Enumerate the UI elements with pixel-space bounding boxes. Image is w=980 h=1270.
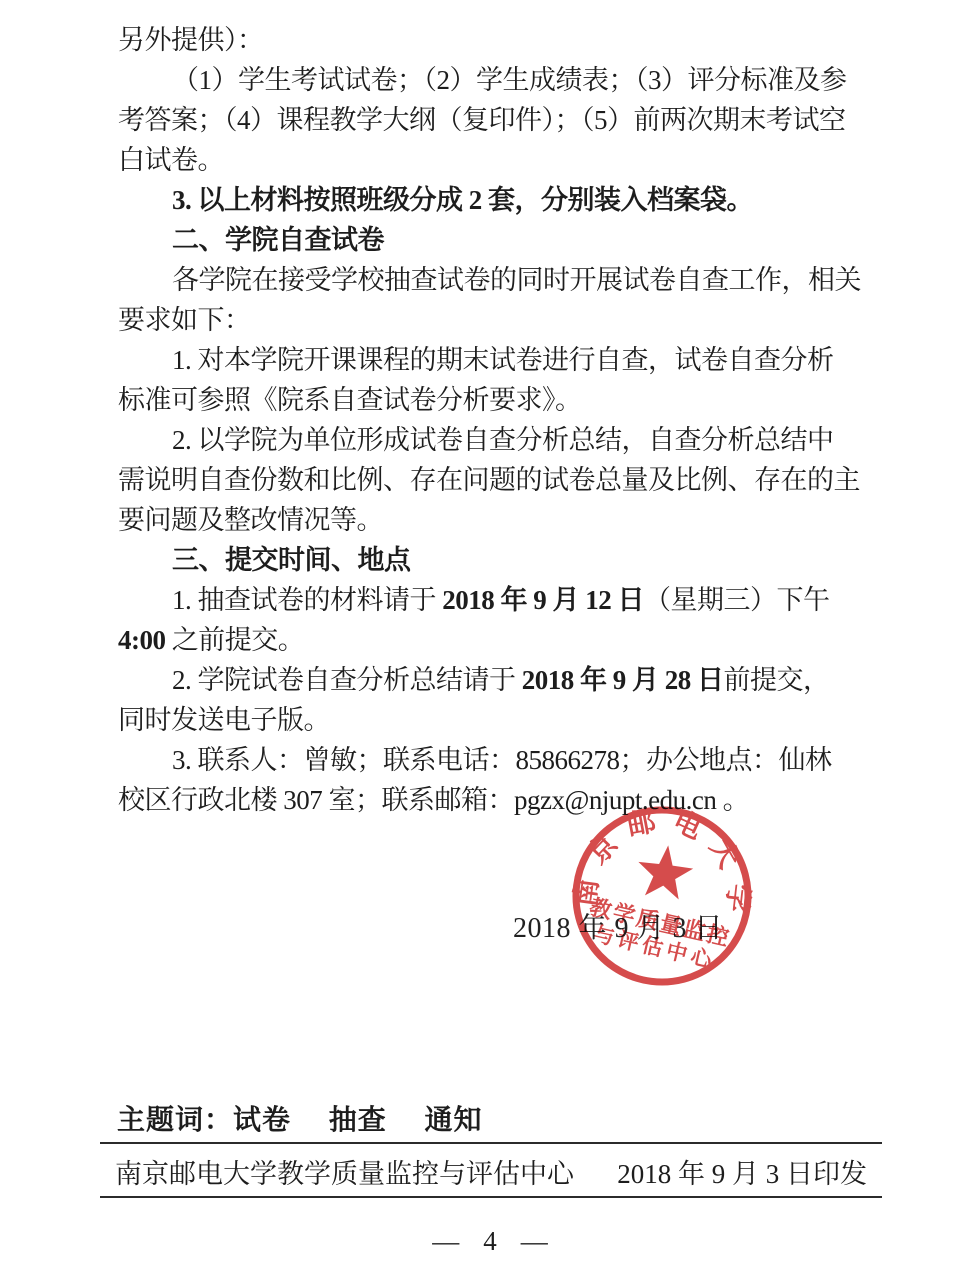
line-text: 1. 抽查试卷的材料请于 bbox=[172, 585, 442, 615]
line-text: 1. 对本学院开课课程的期末试卷进行自查，试卷自查分析 bbox=[172, 345, 834, 375]
text-line: 1. 对本学院开课课程的期末试卷进行自查，试卷自查分析 bbox=[118, 340, 888, 380]
text-line: 4:00 之前提交。 bbox=[118, 620, 888, 660]
official-stamp: 南京邮电大学 教学质量监控 与评估中心 bbox=[562, 796, 762, 996]
page-number-dash-right: — bbox=[521, 1226, 548, 1257]
line-text: 2. 学院试卷自查分析总结请于 bbox=[172, 665, 522, 695]
section-heading: 三、提交时间、地点 bbox=[118, 540, 888, 580]
line-text: 需说明自查份数和比例、存在问题的试卷总量及比例、存在的主 bbox=[118, 465, 860, 495]
section-heading: 二、学院自查试卷 bbox=[118, 220, 888, 260]
line-text: 标准可参照《院系自查试卷分析要求》。 bbox=[118, 385, 582, 415]
separator-rule-top bbox=[100, 1142, 882, 1144]
line-text: 3. 联系人：曾敏；联系电话：85866278；办公地点：仙林 bbox=[172, 745, 832, 775]
text-line: 需说明自查份数和比例、存在问题的试卷总量及比例、存在的主 bbox=[118, 460, 888, 500]
line-text: 三、提交时间、地点 bbox=[172, 545, 411, 575]
publisher-row: 南京邮电大学教学质量监控与评估中心 2018 年 9 月 3 日印发 bbox=[115, 1154, 867, 1194]
publisher-name: 南京邮电大学教学质量监控与评估中心 bbox=[115, 1154, 574, 1194]
text-line: 要求如下： bbox=[118, 300, 888, 340]
page-number: 4 bbox=[483, 1226, 497, 1257]
line-text: 同时发送电子版。 bbox=[118, 705, 330, 735]
text-line: 同时发送电子版。 bbox=[118, 700, 888, 740]
keywords-line: 主题词：试卷 抽查 通知 bbox=[117, 1100, 483, 1140]
line-text: 二、学院自查试卷 bbox=[172, 225, 384, 255]
text-line: 另外提供）： bbox=[118, 20, 888, 60]
text-line: 1. 抽查试卷的材料请于 2018 年 9 月 12 日（星期三）下午 bbox=[118, 580, 888, 620]
text-line: 2. 以学院为单位形成试卷自查分析总结，自查分析总结中 bbox=[118, 420, 888, 460]
text-line: 考答案；（4）课程教学大纲（复印件）；（5）前两次期末考试空 bbox=[118, 100, 888, 140]
text-line: 3. 联系人：曾敏；联系电话：85866278；办公地点：仙林 bbox=[118, 740, 888, 780]
text-line: 各学院在接受学校抽查试卷的同时开展试卷自查工作，相关 bbox=[118, 260, 888, 300]
document-page: 另外提供）： （1）学生考试试卷；（2）学生成绩表；（3）评分标准及参 考答案；… bbox=[0, 0, 980, 1270]
line-text: （1）学生考试试卷；（2）学生成绩表；（3）评分标准及参 bbox=[172, 65, 847, 95]
text-line: 要问题及整改情况等。 bbox=[118, 500, 888, 540]
body-text-block: 另外提供）： （1）学生考试试卷；（2）学生成绩表；（3）评分标准及参 考答案；… bbox=[118, 20, 888, 820]
text-line: 白试卷。 bbox=[118, 140, 888, 180]
star-icon bbox=[634, 842, 695, 901]
line-text: 2. 以学院为单位形成试卷自查分析总结，自查分析总结中 bbox=[172, 425, 834, 455]
text-line: 2. 学院试卷自查分析总结请于 2018 年 9 月 28 日前提交， bbox=[118, 660, 888, 700]
line-text: 白试卷。 bbox=[118, 145, 224, 175]
text-line: （1）学生考试试卷；（2）学生成绩表；（3）评分标准及参 bbox=[118, 60, 888, 100]
print-date: 2018 年 9 月 3 日印发 bbox=[617, 1154, 867, 1194]
text-line: 校区行政北楼 307 室；联系邮箱：pgzx@njupt.edu.cn 。 bbox=[118, 780, 888, 820]
text-line: 标准可参照《院系自查试卷分析要求》。 bbox=[118, 380, 888, 420]
text-line: 3. 以上材料按照班级分成 2 套，分别装入档案袋。 bbox=[118, 180, 888, 220]
page-number-row: — 4 — bbox=[0, 1226, 980, 1257]
line-text: 各学院在接受学校抽查试卷的同时开展试卷自查工作，相关 bbox=[172, 265, 861, 295]
page-number-dash-left: — bbox=[432, 1226, 459, 1257]
line-text: 另外提供）： bbox=[118, 25, 264, 55]
separator-rule-bottom bbox=[100, 1196, 882, 1198]
line-text: 要问题及整改情况等。 bbox=[118, 505, 383, 535]
line-text: 要求如下： bbox=[118, 305, 251, 335]
line-text: 考答案；（4）课程教学大纲（复印件）；（5）前两次期末考试空 bbox=[118, 105, 846, 135]
